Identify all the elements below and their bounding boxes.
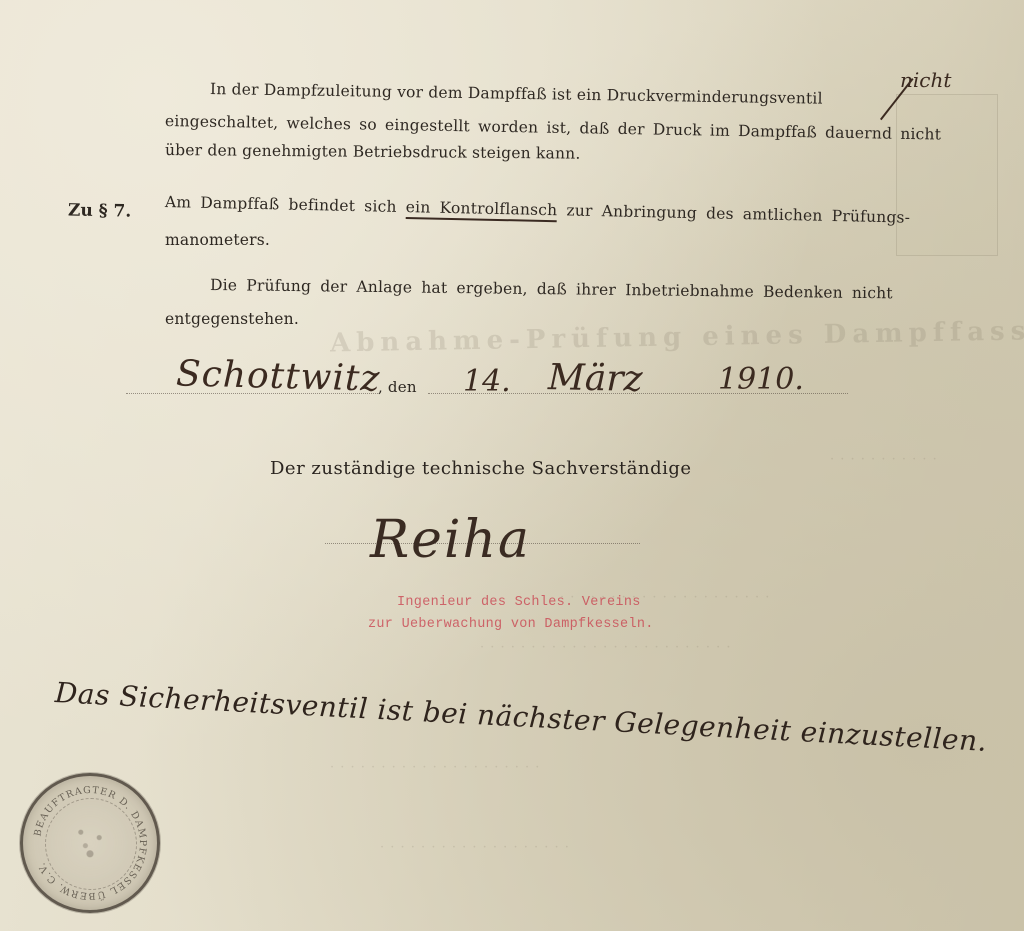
den-label: , den xyxy=(378,378,417,396)
stamp-line-2: zur Ueberwachung von Dampfkesseln. xyxy=(368,614,654,636)
ghost-stamp-rectangle xyxy=(896,94,998,256)
paragraph-1-line-2: eingeschaltet, welches so eingestellt wo… xyxy=(165,112,941,144)
handwritten-signature: Reiha xyxy=(370,510,531,570)
document-page: Abnahme-Prüfung eines Dampffasses · · · … xyxy=(0,0,1024,931)
handwritten-place: Schottwitz xyxy=(175,353,380,399)
embossed-seal-icon: BEAUFTRAGTER D. DAMPFKESSEL ÜBERW. C.V. xyxy=(20,773,160,913)
paragraph-1-line-3: über den genehmigten Betriebsdruck steig… xyxy=(165,141,581,163)
paragraph-1-line-1: In der Dampfzuleitung vor dem Dampffaß i… xyxy=(210,80,823,108)
stamp-line-1: Ingenieur des Schles. Vereins xyxy=(368,592,654,614)
handwritten-year: 1910. xyxy=(718,362,804,397)
bleed-through-title: Abnahme-Prüfung eines Dampffasses xyxy=(330,316,1024,359)
seal-emblem-icon xyxy=(67,816,113,870)
handwritten-month: März xyxy=(548,357,643,400)
bleed-through-line: · · · · · · · · · · · xyxy=(830,452,938,467)
section-7-line-1: Am Dampffaß befindet sich ein Kontrolfla… xyxy=(165,193,911,227)
signatory-title: Der zuständige technische Sachverständig… xyxy=(270,458,692,479)
handwritten-note: Das Sicherheitsventil ist bei nächster G… xyxy=(54,676,988,758)
bleed-through-line: · · · · · · · · · · · · · · · · · · · · … xyxy=(480,640,731,655)
section-7-line-2: manometers. xyxy=(165,231,270,249)
section-7-text-pre: Am Dampffaß befindet sich xyxy=(165,193,397,216)
red-ink-stamp: Ingenieur des Schles. Vereins zur Ueberw… xyxy=(368,592,654,636)
conclusion-line-1: Die Prüfung der Anlage hat ergeben, daß … xyxy=(210,276,893,302)
conclusion-line-2: entgegenstehen. xyxy=(165,310,299,328)
bleed-through-line: · · · · · · · · · · · · · · · · · · · xyxy=(380,840,570,855)
handwritten-insert: nicht xyxy=(900,68,951,92)
section-7-label: Zu § 7. xyxy=(68,200,132,221)
handwritten-day: 14. xyxy=(463,364,511,399)
kontrolflansch-underlined: ein Kontrolflansch xyxy=(406,198,558,222)
section-7-text-post: zur Anbringung des amtlichen Prüfungs- xyxy=(566,201,910,226)
bleed-through-line: · · · · · · · · · · · · · · · · · · · · … xyxy=(330,760,540,775)
